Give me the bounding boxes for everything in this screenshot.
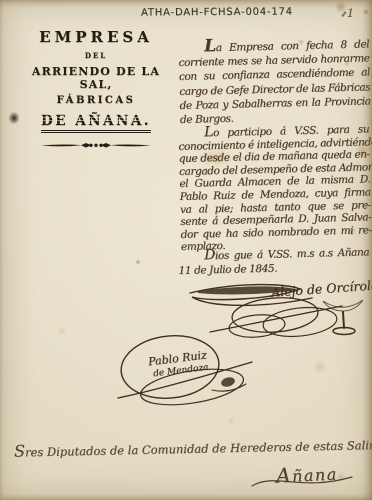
letterhead-place: DE AÑANA.: [41, 113, 151, 133]
letter-paragraph-1: La Empresa con fecha 8 del corriente mes…: [178, 35, 371, 127]
letter-paragraph-2: Lo participo á V.SS. para su conocimient…: [178, 122, 372, 254]
letterhead-works: FÁBRICAS: [22, 95, 170, 106]
recipient-address: Sres Diputados de la Comunidad de Herede…: [14, 434, 360, 460]
page-number: 1: [347, 7, 354, 20]
address-swash-icon: [250, 470, 355, 496]
letterhead-company: EMPRESA: [22, 28, 170, 46]
letterhead: EMPRESA DEL ARRIENDO DE LA SAL, FÁBRICAS…: [22, 28, 170, 156]
scanned-letter-page: ATHA-DAH-FCHSA-004-174 1 EMPRESA DEL ARR…: [0, 0, 372, 500]
page-corner-mark: [341, 11, 346, 17]
archive-reference: ATHA-DAH-FCHSA-004-174: [141, 6, 293, 18]
letterhead-business: ARRIENDO DE LA SAL,: [22, 65, 170, 91]
letterhead-del: DEL: [22, 51, 170, 60]
divider-ornament-icon: [22, 137, 170, 156]
